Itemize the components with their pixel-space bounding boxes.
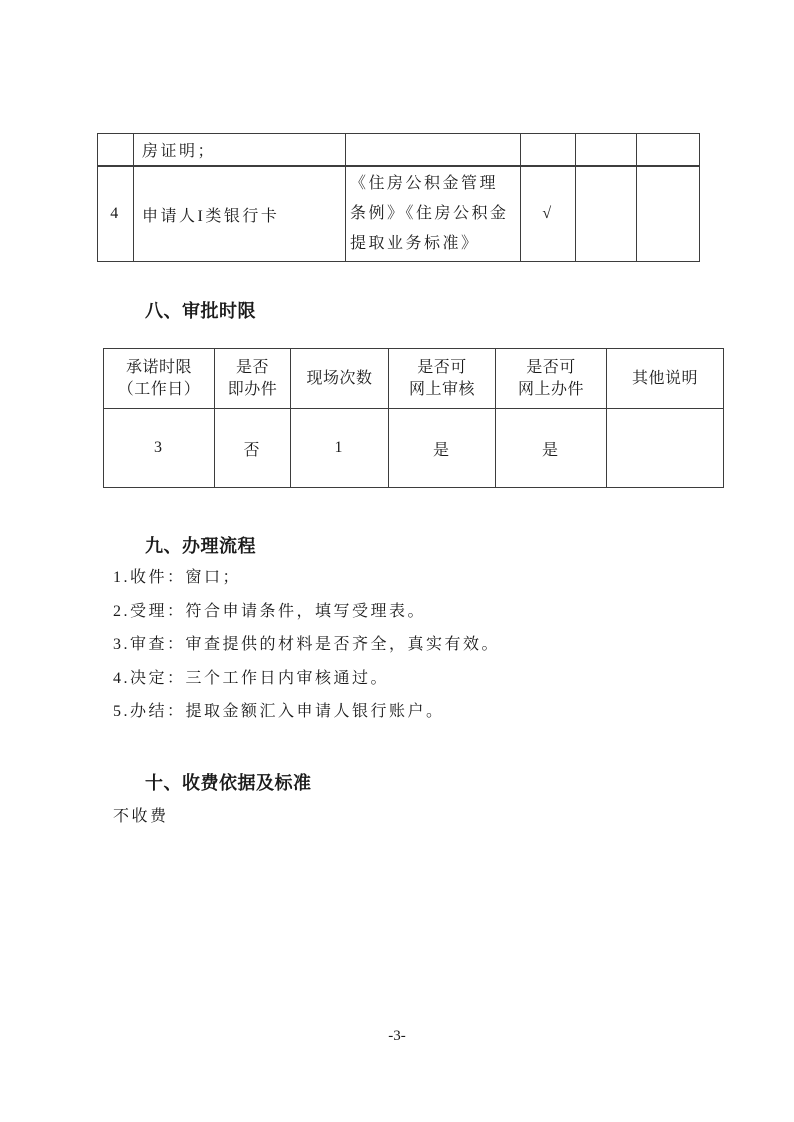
value-online-review: 是	[389, 409, 496, 488]
header-online-handle: 是否可 网上办件	[496, 349, 607, 409]
materials-row-4: 4 申请人I类银行卡 《住房公积金管理 条例》《住房公积金 提取业务标准》 √	[98, 166, 700, 262]
materials-row-partial: 房证明；	[98, 134, 700, 167]
materials-cell-name: 申请人I类银行卡	[134, 166, 346, 262]
process-step-4: 4.决定：三个工作日内审核通过。	[113, 662, 500, 696]
header-other-notes: 其他说明	[607, 349, 724, 409]
process-step-5: 5.办结：提取金额汇入申请人银行账户。	[113, 695, 500, 729]
materials-cell-basis: 《住房公积金管理 条例》《住房公积金 提取业务标准》	[346, 166, 521, 262]
materials-cell-col6	[637, 166, 700, 262]
value-online-handle: 是	[496, 409, 607, 488]
value-immediate: 否	[215, 409, 291, 488]
materials-cell-no	[98, 134, 134, 167]
materials-cell-basis	[346, 134, 521, 167]
header-site-visits: 现场次数	[291, 349, 389, 409]
process-step-2: 2.受理：符合申请条件，填写受理表。	[113, 595, 500, 629]
value-other-notes	[607, 409, 724, 488]
approval-table-header-row: 承诺时限 （工作日） 是否 即办件 现场次数 是否可 网上审核 是否可 网上办件…	[104, 349, 724, 409]
process-steps-list: 1.收件：窗口； 2.受理：符合申请条件，填写受理表。 3.审查：审查提供的材料…	[113, 561, 500, 729]
value-promised-time: 3	[104, 409, 215, 488]
process-step-1: 1.收件：窗口；	[113, 561, 500, 595]
approval-time-table: 承诺时限 （工作日） 是否 即办件 现场次数 是否可 网上审核 是否可 网上办件…	[103, 348, 724, 488]
materials-cell-col5	[576, 134, 637, 167]
fee-content: 不收费	[113, 806, 169, 828]
section-heading-process-flow: 九、办理流程	[145, 536, 256, 557]
header-online-review: 是否可 网上审核	[389, 349, 496, 409]
checkmark-glyph: √	[521, 166, 576, 262]
header-immediate: 是否 即办件	[215, 349, 291, 409]
materials-cell-no: 4	[98, 166, 134, 262]
materials-cell-name: 房证明；	[134, 134, 346, 167]
document-page: 房证明； 4 申请人I类银行卡 《住房公积金管理 条例》《住房公积金 提取业务标…	[0, 0, 794, 1122]
materials-cell-check	[521, 134, 576, 167]
header-promised-time: 承诺时限 （工作日）	[104, 349, 215, 409]
materials-cell-col6	[637, 134, 700, 167]
page-number: -3-	[0, 1028, 794, 1045]
process-step-3: 3.审查：审查提供的材料是否齐全，真实有效。	[113, 628, 500, 662]
materials-table: 房证明； 4 申请人I类银行卡 《住房公积金管理 条例》《住房公积金 提取业务标…	[97, 133, 700, 262]
section-heading-approval-time: 八、审批时限	[145, 301, 256, 322]
materials-cell-col5	[576, 166, 637, 262]
section-heading-fee-standard: 十、收费依据及标准	[145, 773, 312, 794]
approval-table-data-row: 3 否 1 是 是	[104, 409, 724, 488]
value-site-visits: 1	[291, 409, 389, 488]
